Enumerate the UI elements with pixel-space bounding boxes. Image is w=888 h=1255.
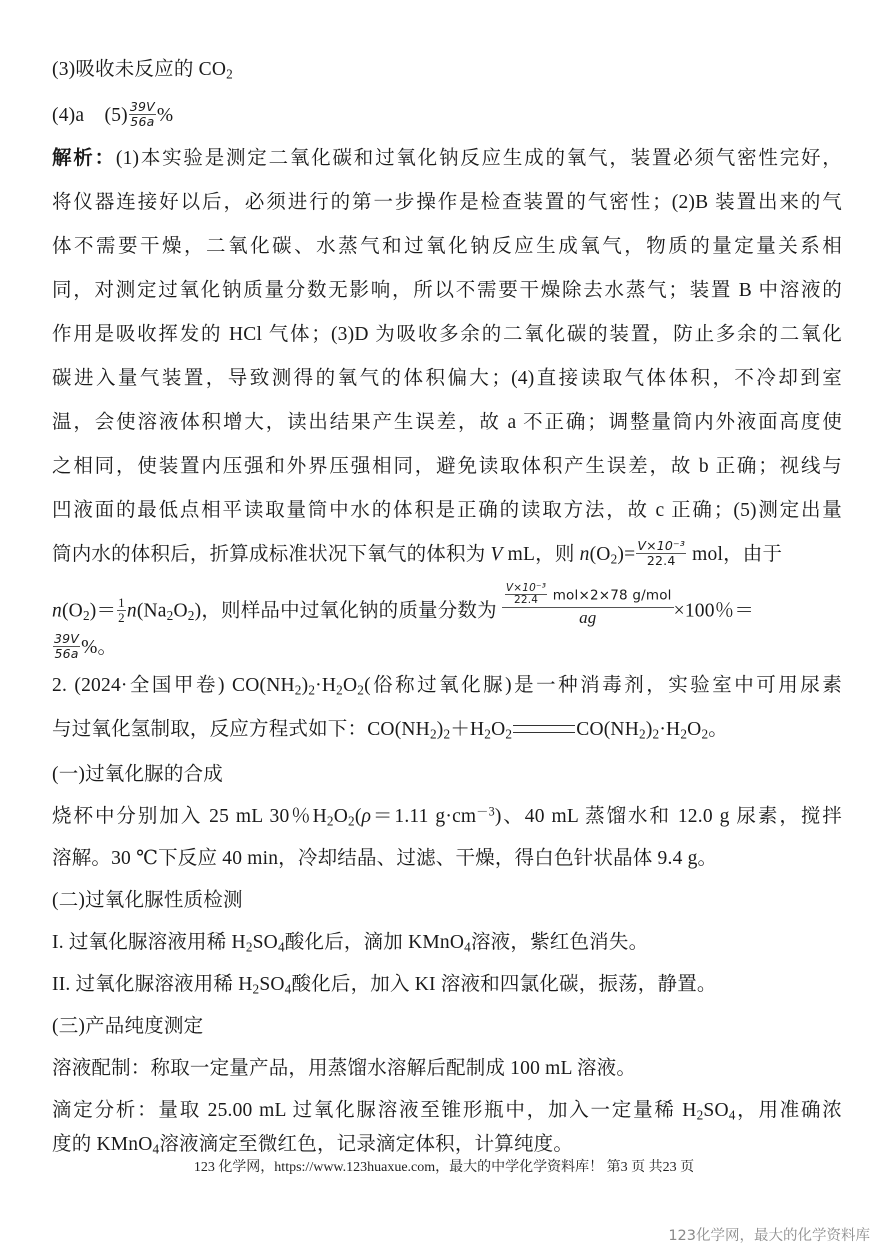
subscript: 2 <box>639 727 646 742</box>
formula-text: (O <box>62 600 83 621</box>
result-fraction: 39V56a <box>53 632 80 661</box>
subscript: 4 <box>278 940 285 955</box>
subscript: 2 <box>246 940 253 955</box>
variable-rho: ρ <box>362 806 372 827</box>
subscript: 2 <box>348 814 355 829</box>
mass-fraction-expression: V×10⁻³22.4 mol×2×78 g/molag <box>502 584 674 628</box>
variable-n: n <box>127 600 137 621</box>
variable-n: n <box>580 544 590 565</box>
reaction-equals-sign <box>513 725 575 733</box>
question-text: 溶解。30 ℃下反应 40 min，冷却结晶、过滤、干燥，得白色针状晶体 9.4… <box>52 848 717 869</box>
formula-text: SO <box>253 932 278 953</box>
question-text: (俗称过氧化脲)是一种消毒剂，实验室中可用尿素 <box>364 675 842 696</box>
question-text: 溶液，紫红色消失。 <box>471 932 648 953</box>
section-1-line-1: 烧杯中分别加入 25 mL 30％H2O2(ρ＝1.11 g·cm－3)、40 … <box>52 803 842 831</box>
footer-text: 123 化学网，https://www.123huaxue.com，最大的中学化… <box>194 1160 694 1175</box>
analysis-label: 解析： <box>52 148 116 169</box>
question-text: ，用准确浓 <box>736 1100 842 1121</box>
formula-text: )= <box>617 544 635 565</box>
section-3-line-1: 溶液配制：称取一定量产品，用蒸馏水溶解后配制成 100 mL 溶液。 <box>52 1055 842 1083</box>
analysis-text: 同，对测定过氧化钠质量分数无影响，所以不需要干燥除去水蒸气；装置 B 中溶液的 <box>52 280 842 301</box>
subscript: 2 <box>226 67 233 82</box>
subscript: 2 <box>430 727 437 742</box>
analysis-text: (1)本实验是测定二氧化碳和过氧化钠反应生成的氧气，装置必须气密性完好， <box>116 148 842 169</box>
fraction-denominator: 56a <box>129 115 156 129</box>
question-text: )、40 mL 蒸馏水和 12.0 g 尿素，搅拌 <box>495 806 842 827</box>
document-page: (3)吸收未反应的 CO2 (4)a (5)39V56a% 解析：(1)本实验是… <box>0 0 888 1255</box>
half-fraction: 12 <box>117 596 126 625</box>
big-fraction-numerator: V×10⁻³22.4 mol×2×78 g/mol <box>502 584 674 608</box>
subscript: 4 <box>464 940 471 955</box>
section-2-item-1: I. 过氧化脲溶液用稀 H2SO4酸化后，滴加 KMnO4溶液，紫红色消失。 <box>52 929 842 957</box>
formula-text: 。 <box>708 719 728 740</box>
section-3-title: (三)产品纯度测定 <box>52 1013 842 1041</box>
fraction-numerator: V×10⁻³ <box>636 539 686 554</box>
fraction-numerator: 39V <box>53 632 80 647</box>
fraction-denominator: 22.4 <box>505 595 547 606</box>
question-text: 溶液滴定至微红色，记录滴定体积，计算纯度。 <box>159 1134 573 1155</box>
superscript: －3 <box>476 804 495 818</box>
question-text: I. 过氧化脲溶液用稀 H <box>52 932 246 953</box>
analysis-text: 凹液面的最低点相平读取量筒中水的体积是正确的读取方法，故 c 正确；(5)测定出… <box>52 500 842 521</box>
analysis-line-8: 之相同，使装置内压强和外界压强相同，避免读取体积产生误差，故 b 正确；视线与 <box>52 453 842 481</box>
answer-4-text: (4)a <box>52 105 84 126</box>
analysis-text: 之相同，使装置内压强和外界压强相同，避免读取体积产生误差，故 b 正确；视线与 <box>52 456 842 477</box>
question-text: 滴定分析：量取 25.00 mL 过氧化脲溶液至锥形瓶中，加入一定量稀 H <box>52 1100 697 1121</box>
question-text: 烧杯中分别加入 25 mL 30％H <box>52 806 327 827</box>
analysis-text: 将仪器连接好以后，必须进行的第一步操作是检查装置的气密性；(2)B 装置出来的气 <box>52 192 842 213</box>
question-2-intro: 2. (2024·全国甲卷) CO(NH2)2·H2O2(俗称过氧化脲)是一种消… <box>52 672 842 700</box>
variable-v: V <box>490 544 502 565</box>
analysis-line-3: 体不需要干燥，二氧化碳、水蒸气和过氧化钠反应生成氧气，物质的量定量关系相 <box>52 233 842 261</box>
analysis-text: mol，由于 <box>687 544 782 565</box>
section-1-title: (一)过氧化脲的合成 <box>52 761 842 789</box>
analysis-text: 碳进入量气装置，导致测得的氧气的体积偏大；(4)直接读取气体体积，不冷却到室 <box>52 368 842 389</box>
question-text: II. 过氧化脲溶液用稀 H <box>52 974 253 995</box>
answer-4-5: (4)a (5)39V56a% <box>52 102 842 131</box>
analysis-line-2: 将仪器连接好以后，必须进行的第一步操作是检查装置的气密性；(2)B 装置出来的气 <box>52 189 842 217</box>
answer-3: (3)吸收未反应的 CO2 <box>52 56 842 84</box>
analysis-line-5: 作用是吸收挥发的 HCl 气体；(3)D 为吸收多余的二氧化碳的装置，防止多余的… <box>52 321 842 349</box>
subscript: 2 <box>167 608 174 623</box>
answer-5-label: (5) <box>105 105 128 126</box>
formula-text: O <box>174 600 188 621</box>
analysis-text: mL，则 <box>503 544 580 565</box>
section-2-item-2: II. 过氧化脲溶液用稀 H2SO4酸化后，加入 KI 溶液和四氯化碳，振荡，静… <box>52 971 842 999</box>
big-fraction-denominator: ag <box>502 608 674 628</box>
section-heading: (一)过氧化脲的合成 <box>52 764 223 785</box>
subscript: 4 <box>729 1108 736 1123</box>
section-2-title: (二)过氧化脲性质检测 <box>52 887 842 915</box>
analysis-line-12: 39V56a%。 <box>52 634 842 663</box>
formula-text: CO(NH <box>576 719 639 740</box>
analysis-text: 体不需要干燥，二氧化碳、水蒸气和过氧化钠反应生成氧气，物质的量定量关系相 <box>52 236 842 257</box>
analysis-line-11: n(O2)＝12n(Na2O2)，则样品中过氧化钠的质量分数为 V×10⁻³22… <box>52 590 842 634</box>
formula-text: ＋H <box>450 719 484 740</box>
formula-text: O <box>334 806 348 827</box>
question-text: 2. (2024·全国甲卷) CO(NH <box>52 675 295 696</box>
fraction-denominator: 22.4 <box>636 554 686 568</box>
analysis-line-9: 凹液面的最低点相平读取量筒中水的体积是正确的读取方法，故 c 正确；(5)测定出… <box>52 497 842 525</box>
question-text: 酸化后，加入 KI 溶液和四氯化碳，振荡，静置。 <box>291 974 716 995</box>
formula-text: (Na <box>137 600 167 621</box>
formula-text: SO <box>703 1100 728 1121</box>
analysis-text: ×100％＝ <box>674 600 754 621</box>
subscript: 2 <box>336 683 343 698</box>
subscript: 2 <box>295 683 302 698</box>
section-1-line-2: 溶解。30 ℃下反应 40 min，冷却结晶、过滤、干燥，得白色针状晶体 9.4… <box>52 845 842 873</box>
question-text: 与过氧化氢制取，反应方程式如下：CO(NH <box>52 719 430 740</box>
subscript: 2 <box>505 727 512 742</box>
formula-text: SO <box>259 974 284 995</box>
section-heading: (二)过氧化脲性质检测 <box>52 890 243 911</box>
page-footer: 123 化学网，https://www.123huaxue.com，最大的中学化… <box>0 1158 888 1178</box>
analysis-line-10: 筒内水的体积后，折算成标准状况下氧气的体积为 V mL，则 n(O2)=V×10… <box>52 541 842 570</box>
answer-5-fraction: 39V56a <box>129 100 156 129</box>
question-text: 酸化后，滴加 KMnO <box>285 932 464 953</box>
fraction-numerator: 1 <box>117 596 126 611</box>
analysis-text: 温，会使溶液体积增大，读出结果产生误差，故 a 不正确；调整量筒内外液面高度使 <box>52 412 842 433</box>
percent-sign: %。 <box>81 637 117 658</box>
numerator-units: mol×2×78 g/mol <box>548 588 671 604</box>
formula-text: (O <box>590 544 611 565</box>
question-text: ·H <box>315 675 336 696</box>
section-3-line-2: 滴定分析：量取 25.00 mL 过氧化脲溶液至锥形瓶中，加入一定量稀 H2SO… <box>52 1097 842 1125</box>
percent-sign: % <box>157 105 173 126</box>
analysis-line-6: 碳进入量气装置，导致测得的氧气的体积偏大；(4)直接读取气体体积，不冷却到室 <box>52 365 842 393</box>
fraction-denominator: 2 <box>117 611 126 625</box>
analysis-text: 筒内水的体积后，折算成标准状况下氧气的体积为 <box>52 544 490 565</box>
question-text: 溶液配制：称取一定量产品，用蒸馏水溶解后配制成 100 mL 溶液。 <box>52 1058 636 1079</box>
variable-n: n <box>52 600 62 621</box>
question-text: 度的 KMnO <box>52 1134 153 1155</box>
formula-text: ) <box>646 719 653 740</box>
answer-3-text: (3)吸收未反应的 CO <box>52 59 226 80</box>
subscript: 2 <box>188 608 195 623</box>
subscript: 2 <box>327 814 334 829</box>
analysis-text: )，则样品中过氧化钠的质量分数为 <box>195 600 497 621</box>
fraction-numerator: 39V <box>129 100 156 115</box>
analysis-text: 作用是吸收挥发的 HCl 气体；(3)D 为吸收多余的二氧化碳的装置，防止多余的… <box>52 324 842 345</box>
question-text: O <box>343 675 357 696</box>
fraction-denominator: 56a <box>53 647 80 661</box>
formula-text: O <box>687 719 701 740</box>
reaction-equation-line: 与过氧化氢制取，反应方程式如下：CO(NH2)2＋H2O2CO(NH2)2·H2… <box>52 716 842 744</box>
section-3-line-3: 度的 KMnO4溶液滴定至微红色，记录滴定体积，计算纯度。 <box>52 1131 842 1159</box>
analysis-line-4: 同，对测定过氧化钠质量分数无影响，所以不需要干燥除去水蒸气；装置 B 中溶液的 <box>52 277 842 305</box>
site-watermark: 123化学网，最大的化学资料库 <box>668 1224 870 1245</box>
n-o2-fraction: V×10⁻³22.4 <box>636 539 686 568</box>
formula-text: ＝1.11 g·cm <box>371 806 476 827</box>
formula-text: ·H <box>659 719 680 740</box>
analysis-line-7: 温，会使溶液体积增大，读出结果产生误差，故 a 不正确；调整量筒内外液面高度使 <box>52 409 842 437</box>
section-heading: (三)产品纯度测定 <box>52 1016 203 1037</box>
analysis-line-1: 解析：(1)本实验是测定二氧化碳和过氧化钠反应生成的氧气，装置必须气密性完好， <box>52 145 842 173</box>
formula-text: ( <box>355 806 362 827</box>
inner-fraction: V×10⁻³22.4 <box>505 583 547 606</box>
formula-text: )＝ <box>90 600 116 621</box>
formula-text: O <box>491 719 505 740</box>
subscript: 2 <box>83 608 90 623</box>
